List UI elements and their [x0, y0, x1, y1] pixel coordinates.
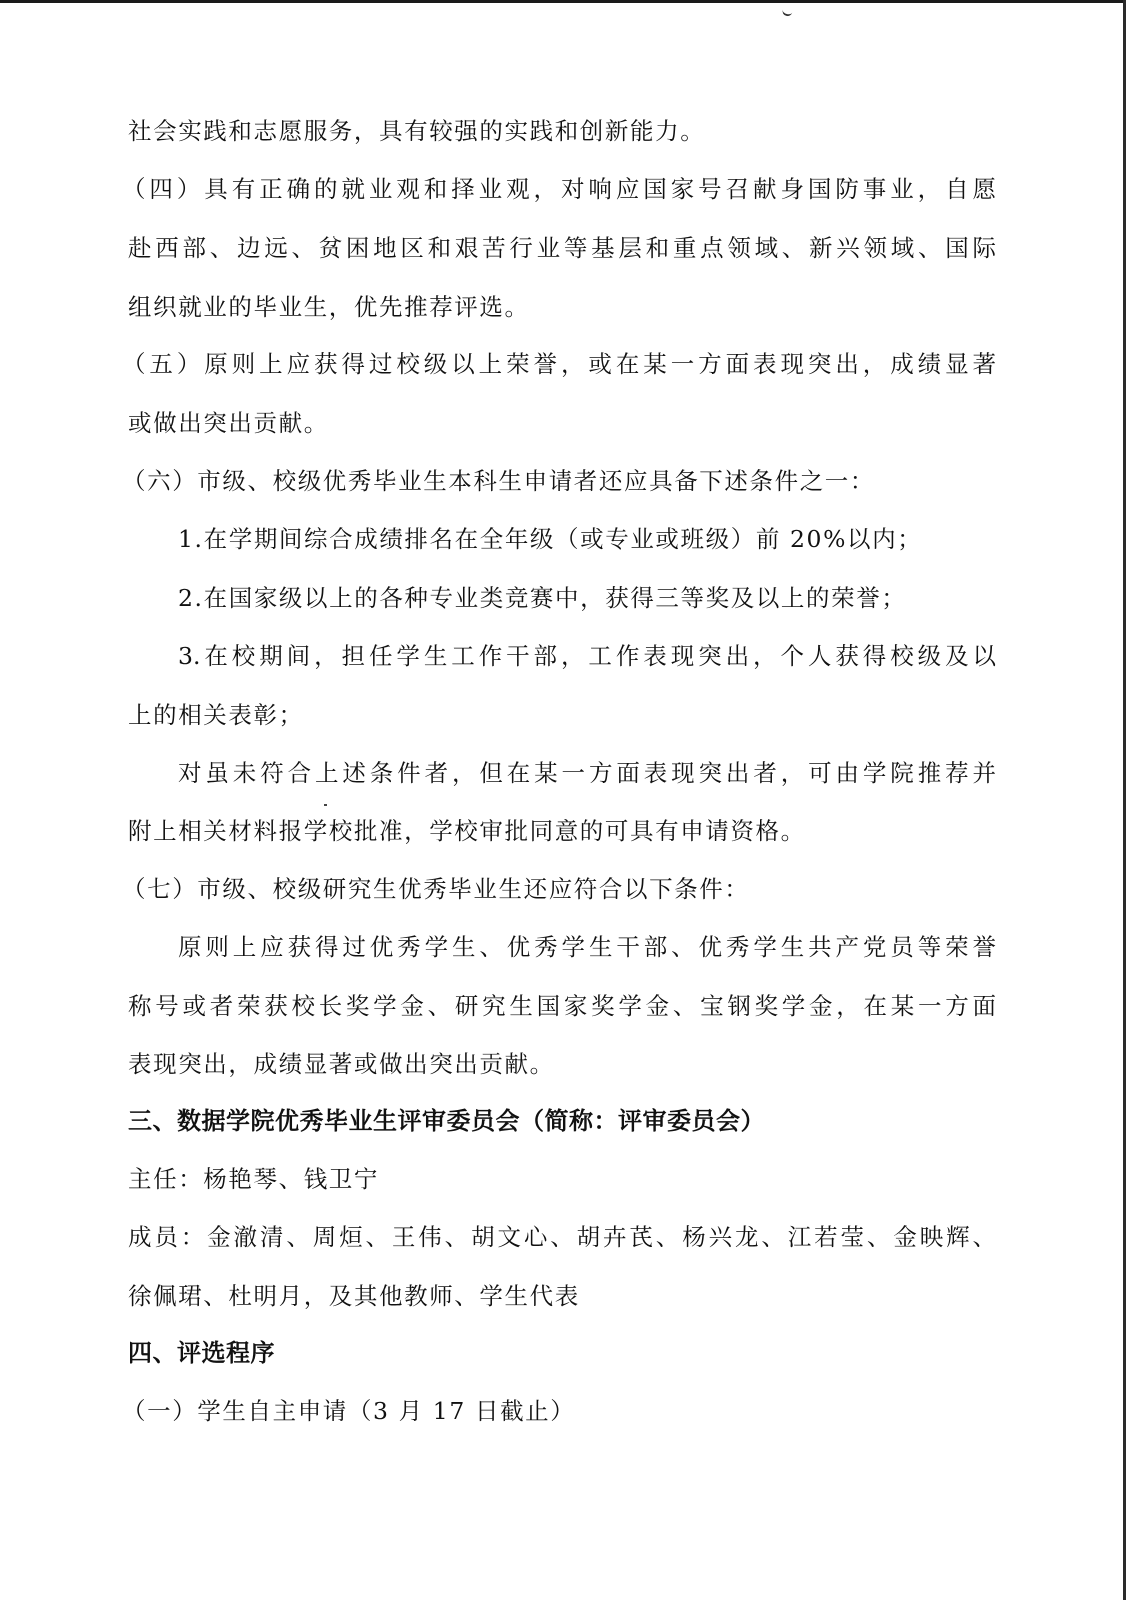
item-four-line: （四）具有正确的就业观和择业观，对响应国家号召献身国防事业，自愿 — [122, 174, 996, 204]
paragraph-line: 社会实践和志愿服务，具有较强的实践和创新能力。 — [128, 116, 705, 146]
paragraph-line: 称号或者荣获校长奖学金、研究生国家奖学金、宝钢奖学金，在某一方面 — [128, 991, 996, 1021]
paragraph-line: 或做出突出贡献。 — [128, 408, 329, 438]
committee-director-line: 主任：杨艳琴、钱卫宁 — [128, 1164, 379, 1194]
paragraph-line: 表现突出，成绩显著或做出突出贡献。 — [128, 1049, 555, 1079]
section-4-heading: 四、评选程序 — [128, 1338, 275, 1368]
scan-artifact-mark — [781, 9, 792, 17]
committee-members-line: 成员：金澈清、周烜、王伟、胡文心、胡卉芪、杨兴龙、江若莹、金映辉、 — [128, 1222, 996, 1252]
paragraph-line: 上的相关表彰； — [128, 700, 304, 730]
item-seven-line: （七）市级、校级研究生优秀毕业生还应符合以下条件： — [122, 874, 750, 904]
paragraph-line: 组织就业的毕业生，优先推荐评选。 — [128, 292, 530, 322]
procedure-step-1-line: （一）学生自主申请（3 月 17 日截止） — [122, 1396, 575, 1426]
condition-3-line: 3.在校期间，担任学生工作干部，工作表现突出，个人获得校级及以 — [178, 641, 996, 671]
scan-top-border — [0, 0, 1126, 3]
scan-artifact-dot — [324, 804, 327, 806]
committee-members-line: 徐佩珺、杜明月，及其他教师、学生代表 — [128, 1281, 580, 1311]
graduate-condition-line: 原则上应获得过优秀学生、优秀学生干部、优秀学生共产党员等荣誉 — [178, 932, 996, 962]
paragraph-line: 附上相关材料报学校批准，学校审批同意的可具有申请资格。 — [128, 816, 806, 846]
section-3-heading: 三、数据学院优秀毕业生评审委员会（简称：评审委员会） — [128, 1106, 765, 1136]
paragraph-line: 赴西部、边远、贫困地区和艰苦行业等基层和重点领域、新兴领域、国际 — [128, 233, 996, 263]
item-five-line: （五）原则上应获得过校级以上荣誉，或在某一方面表现突出，成绩显著 — [122, 349, 996, 379]
condition-1-line: 1.在学期间综合成绩排名在全年级（或专业或班级）前 20%以内； — [178, 524, 922, 554]
exception-line: 对虽未符合上述条件者，但在某一方面表现突出者，可由学院推荐并 — [178, 758, 996, 788]
condition-2-line: 2.在国家级以上的各种专业类竞赛中，获得三等奖及以上的荣誉； — [178, 583, 906, 613]
item-six-line: （六）市级、校级优秀毕业生本科生申请者还应具备下述条件之一： — [122, 466, 875, 496]
